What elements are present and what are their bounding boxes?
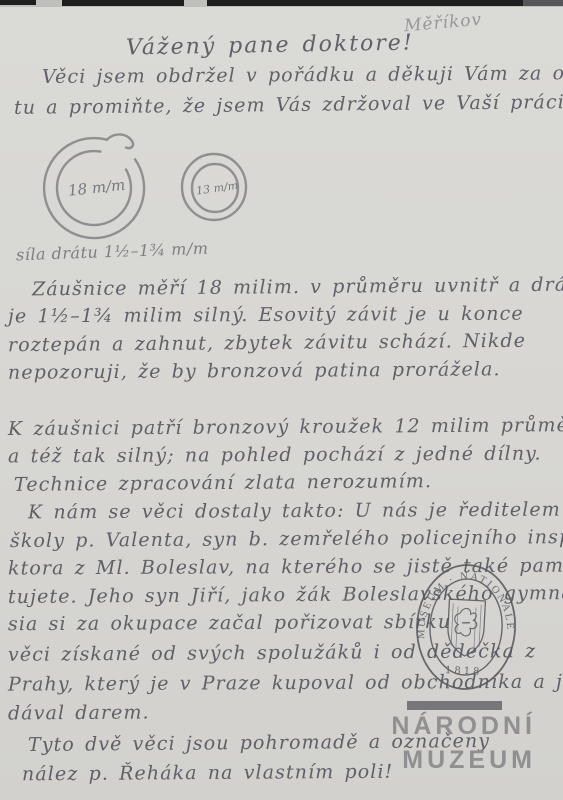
- letter-line: tujete. Jeho syn Jiří, jako žák Boleslav…: [8, 582, 563, 608]
- salutation-line: Vážený pane doktore!: [126, 30, 414, 60]
- ring-label-large: 18 m/m: [67, 176, 126, 200]
- letter-line: Technice zpracování zlata nerozumím.: [14, 470, 432, 496]
- ring-sketch: 18 m/m 13 m/m: [36, 130, 266, 242]
- letter-line: sia si za okupace začal pořizovat sbírku…: [8, 611, 472, 635]
- letter-page: Měříkov Vážený pane doktore! Věci jsem o…: [0, 0, 563, 800]
- letter-line: věci získané od svých spolužáků i od děd…: [8, 640, 536, 666]
- watermark-narodni: NÁRODNÍ: [326, 713, 536, 739]
- scan-edge-artifact: [62, 0, 184, 6]
- letter-line: je 1½–1¾ milim silný. Esovitý závit je u…: [8, 303, 524, 328]
- wire-thickness-caption: síla drátu 1½–1¾ m/m: [16, 239, 209, 265]
- letter-line: školy p. Valenta, syn b. zemřelého polic…: [10, 526, 563, 552]
- watermark-muzeum: MUZEUM: [326, 747, 536, 773]
- letter-line: K nám se věci dostaly takto: U nás je ře…: [28, 499, 561, 524]
- letter-line: K záušnici patří bronzový kroužek 12 mil…: [8, 414, 563, 440]
- letter-line: roztepán a zahnut, zbytek závitu schází.…: [8, 330, 526, 357]
- letter-line: Věci jsem obdržel v pořádku a děkuji Vám…: [42, 62, 563, 88]
- letter-line: nepozoruji, že by bronzová patina proráž…: [8, 358, 501, 383]
- letter-line: tu a promiňte, že jsem Vás zdržoval ve V…: [14, 91, 563, 119]
- scan-edge-artifact: [207, 0, 563, 6]
- pencil-annotation: Měříkov: [403, 10, 483, 37]
- letter-line: Prahy, který je v Praze kupoval od obcho…: [8, 670, 563, 695]
- letter-line: ktora z Ml. Boleslav, na kterého se jist…: [8, 554, 563, 579]
- letter-line: a též tak silný; na pohled pochází z jed…: [8, 443, 542, 468]
- letter-line: dával darem.: [8, 702, 150, 725]
- watermark-bar: [407, 701, 502, 710]
- scan-edge-artifact: [0, 0, 36, 5]
- scan-edge-artifact: [523, 0, 563, 6]
- letter-line: Záušnice měří 18 milim. v průměru uvnitř…: [32, 274, 563, 301]
- ring-label-small: 13 m/m: [195, 179, 238, 198]
